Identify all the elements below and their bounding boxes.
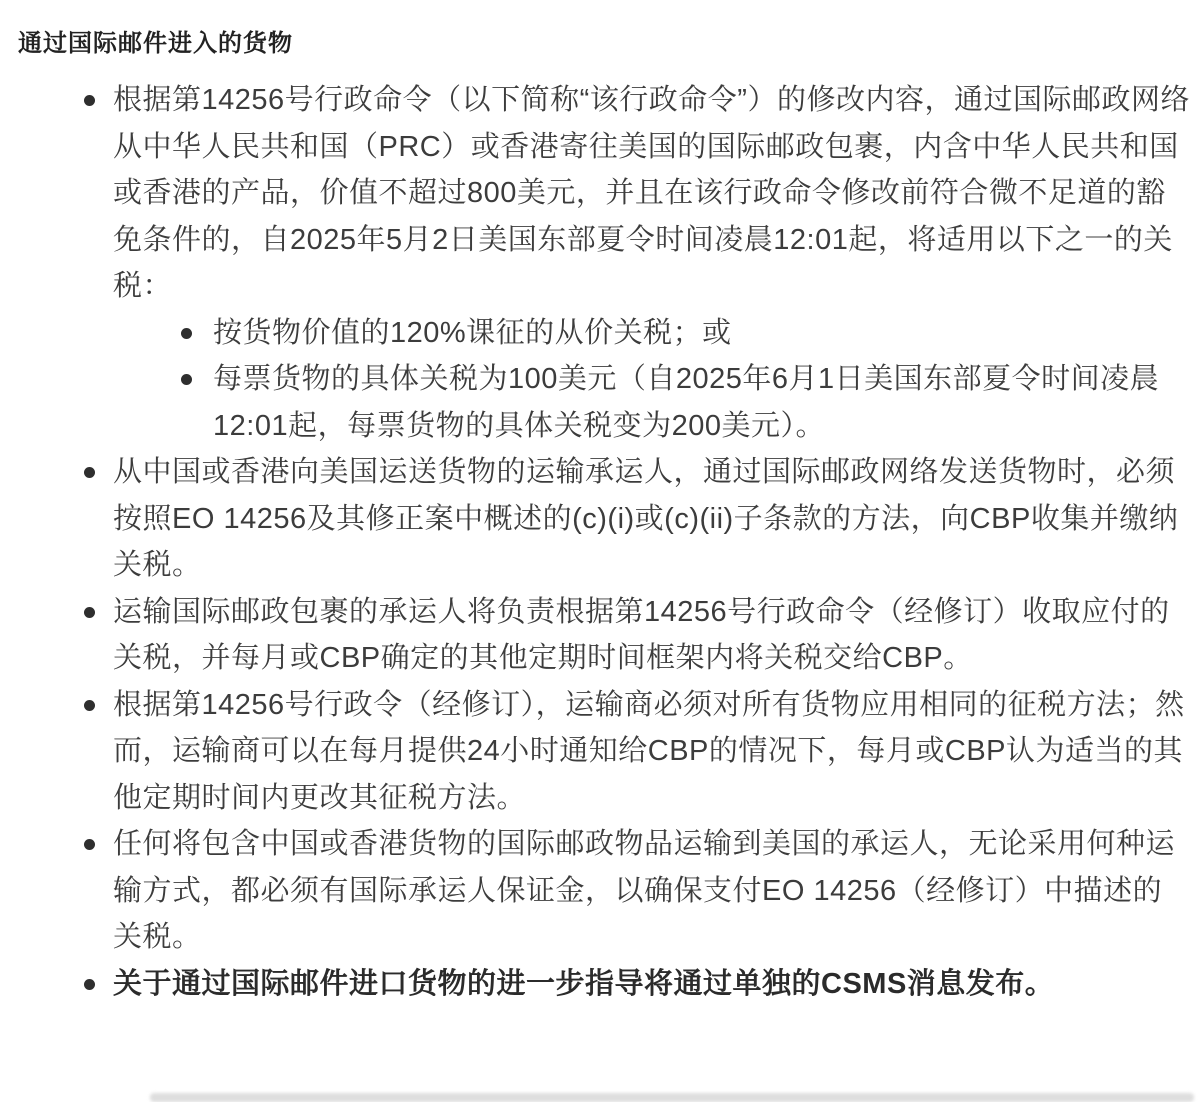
list-item-text: 根据第14256号行政命令（以下简称“该行政命令”）的修改内容，通过国际邮政网络… [113,84,1190,302]
document-page: 通过国际邮件进入的货物 根据第14256号行政命令（以下简称“该行政命令”）的修… [0,0,1200,1102]
bullet-icon [84,839,95,850]
sub-list-item-text: 按货物价值的120%课征的从价关税；或 [213,317,732,349]
list-item: 运输国际邮政包裹的承运人将负责根据第14256号行政命令（经修订）收取应付的关税… [0,589,1200,682]
list-item: 任何将包含中国或香港货物的国际邮政物品运输到美国的承运人，无论采用何种运输方式，… [0,821,1200,961]
bullet-icon [181,328,192,339]
sub-list-item-text: 每票货物的具体关税为100美元（自2025年6月1日美国东部夏令时间凌晨12:0… [213,363,1159,442]
bullet-icon [181,374,192,385]
list-item-emphasized: 关于通过国际邮件进口货物的进一步指导将通过单独的CSMS消息发布。 [0,961,1200,1008]
list-item-text: 根据第14256号行政令（经修订），运输商必须对所有货物应用相同的征税方法；然而… [113,689,1185,814]
bullet-icon [84,95,95,106]
bullet-icon [84,700,95,711]
list-item-text: 运输国际邮政包裹的承运人将负责根据第14256号行政命令（经修订）收取应付的关税… [113,596,1170,675]
bullet-icon [84,467,95,478]
sub-list-item: 按货物价值的120%课征的从价关税；或 [113,310,1190,357]
list-item: 根据第14256号行政命令（以下简称“该行政命令”）的修改内容，通过国际邮政网络… [0,77,1200,449]
sub-bullet-list: 按货物价值的120%课征的从价关税；或 每票货物的具体关税为100美元（自202… [113,310,1190,450]
sub-list-item: 每票货物的具体关税为100美元（自2025年6月1日美国东部夏令时间凌晨12:0… [113,356,1190,449]
cutoff-next-line [150,1093,1194,1102]
list-item-text: 关于通过国际邮件进口货物的进一步指导将通过单独的CSMS消息发布。 [113,968,1054,1000]
list-item-text: 从中国或香港向美国运送货物的运输承运人，通过国际邮政网络发送货物时，必须按照EO… [113,456,1178,581]
list-item: 从中国或香港向美国运送货物的运输承运人，通过国际邮政网络发送货物时，必须按照EO… [0,449,1200,589]
page-title: 通过国际邮件进入的货物 [18,27,293,61]
list-item-text: 任何将包含中国或香港货物的国际邮政物品运输到美国的承运人，无论采用何种运输方式，… [113,828,1175,953]
list-item: 根据第14256号行政令（经修订），运输商必须对所有货物应用相同的征税方法；然而… [0,682,1200,822]
bullet-list: 根据第14256号行政命令（以下简称“该行政命令”）的修改内容，通过国际邮政网络… [0,77,1200,1007]
bullet-icon [84,979,95,990]
bullet-icon [84,607,95,618]
